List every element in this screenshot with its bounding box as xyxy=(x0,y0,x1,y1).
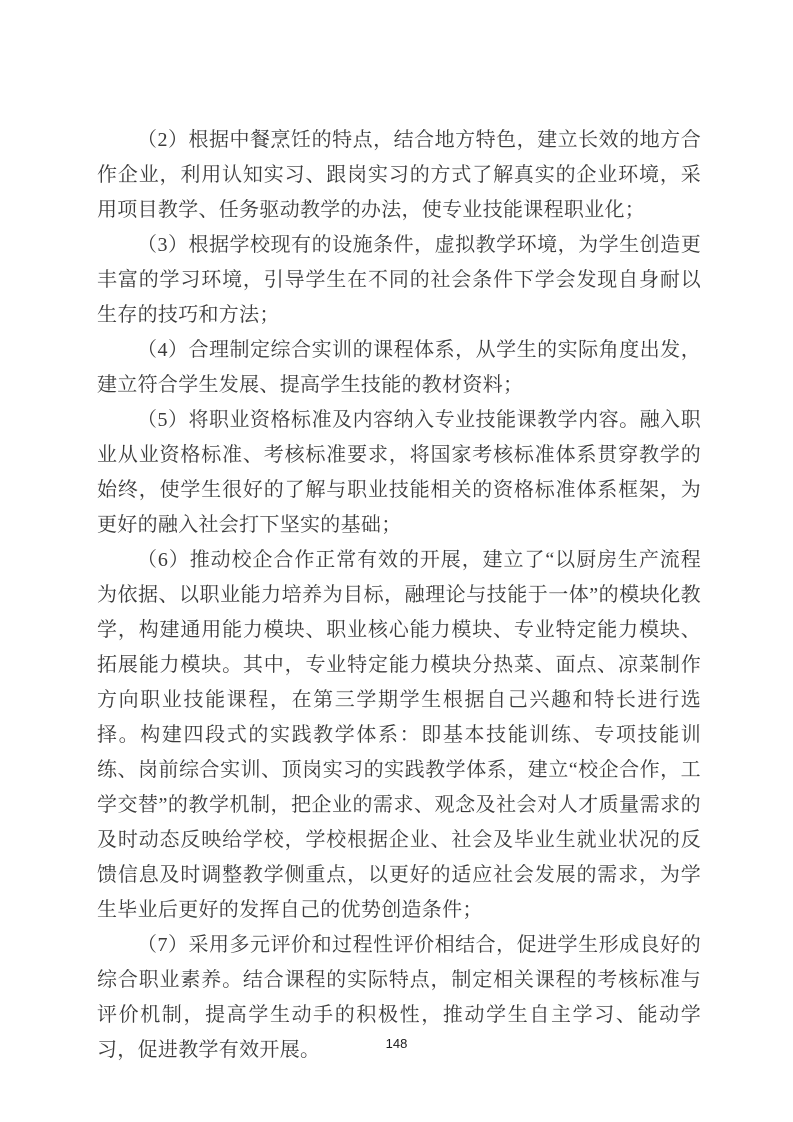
paragraph-2: （2）根据中餐烹饪的特点，结合地方特色，建立长效的地方合作企业，利用认知实习、跟… xyxy=(97,123,701,228)
paragraph-3: （3）根据学校现有的设施条件，虚拟教学环境，为学生创造更丰富的学习环境，引导学生… xyxy=(97,228,701,333)
document-body: （2）根据中餐烹饪的特点，结合地方特色，建立长效的地方合作企业，利用认知实习、跟… xyxy=(97,123,701,1068)
document-page: （2）根据中餐烹饪的特点，结合地方特色，建立长效的地方合作企业，利用认知实习、跟… xyxy=(0,0,793,1122)
paragraph-6: （6）推动校企合作正常有效的开展，建立了“以厨房生产流程为依据、以职业能力培养为… xyxy=(97,543,701,928)
paragraph-4: （4）合理制定综合实训的课程体系，从学生的实际角度出发，建立符合学生发展、提高学… xyxy=(97,333,701,403)
page-number: 148 xyxy=(0,1036,793,1051)
paragraph-5: （5）将职业资格标准及内容纳入专业技能课教学内容。融入职业从业资格标准、考核标准… xyxy=(97,403,701,543)
